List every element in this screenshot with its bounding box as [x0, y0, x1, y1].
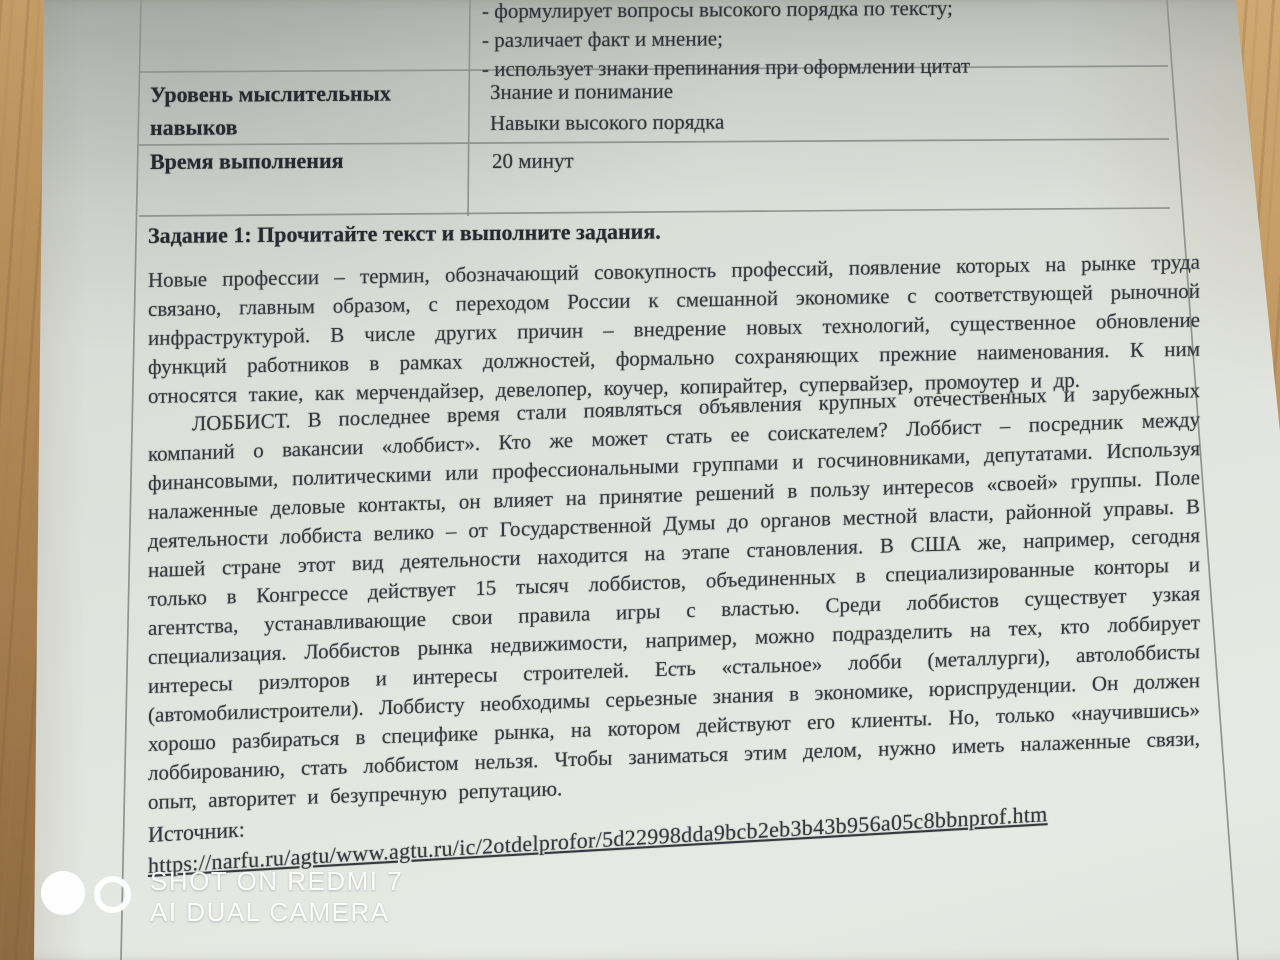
table-value-execution-time: 20 минут	[492, 147, 892, 174]
photo-of-document: - формулирует вопросы высокого порядка п…	[0, 0, 1280, 960]
watermark-text: SHOT ON REDMI 7 AI DUAL CAMERA	[150, 866, 403, 928]
table-cell-criteria-list: - формулирует вопросы высокого порядка п…	[482, 0, 1162, 84]
table-label-thinking-skills: Уровень мыслительных навыков	[150, 76, 455, 144]
watermark-line1: SHOT ON REDMI 7	[150, 866, 403, 897]
criteria-bullet: - различает факт и мнение;	[482, 21, 1162, 55]
table-label-execution-time: Время выполнения	[150, 147, 480, 175]
task-section: Задание 1: Прочитайте текст и выполните …	[148, 215, 1200, 881]
camera-lens-outline-icon	[94, 876, 131, 913]
table-border-left	[121, 0, 141, 960]
task-heading: Задание 1: Прочитайте текст и выполните …	[148, 214, 1200, 249]
camera-lens-filled-icon	[41, 871, 85, 915]
paper-sheet: - формулирует вопросы высокого порядка п…	[0, 0, 1280, 960]
thinking-skills-value-line: Знание и понимание	[490, 73, 1130, 108]
table-border-column-divider	[468, 0, 470, 216]
watermark-line2: AI DUAL CAMERA	[150, 897, 403, 928]
thinking-skills-value-line: Навыки высокого порядка	[490, 104, 1130, 139]
paragraph-lobbyist: ЛОББИСТ. В последнее время стали появлят…	[148, 376, 1200, 817]
table-value-thinking-skills: Знание и понимание Навыки высокого поряд…	[490, 73, 1130, 139]
